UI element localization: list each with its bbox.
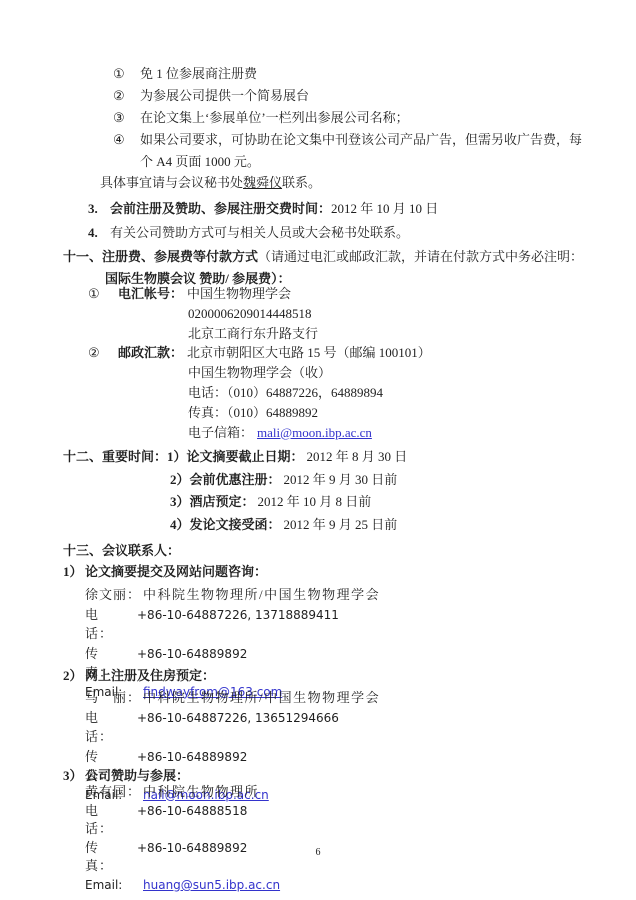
date-value: 2012 年 8 月 30 日: [307, 449, 408, 464]
contact-name-row: 马 丽： 中科院生物物理所/中国生物物理学会: [85, 688, 380, 708]
benefit-text: 如果公司要求，可协助在论文集中刊登该公司产品广告，但需另收广告费，每个 A4 页…: [140, 129, 584, 173]
circled-number-icon: ②: [88, 343, 118, 363]
contact-phone-row: 电 话： +86-10-64888518: [85, 802, 280, 839]
item-number: 3.: [88, 198, 110, 220]
date-label: 2）会前优惠注册：: [170, 472, 281, 487]
postal-phone: 电话：（010）64887226，64889894: [188, 383, 608, 403]
contact-person-name: 魏舜仪: [243, 175, 282, 190]
group-number: 1）: [63, 562, 85, 582]
phone-label: 电 话：: [85, 708, 137, 747]
phone-label: 电 话：: [85, 605, 137, 644]
person-name: 徐文丽：: [85, 585, 143, 605]
date-label: 4）发论文接受函：: [170, 517, 281, 532]
benefit-text: 为参展公司提供一个简易展台: [140, 85, 584, 107]
benefit-item: ② 为参展公司提供一个简易展台: [113, 85, 584, 107]
postal-fax: 传真：（010）64889892: [188, 403, 608, 423]
important-date-row: 十二、重要时间：1）论文摘要截止日期：2012 年 8 月 30 日: [63, 446, 407, 469]
email-label: Email:: [85, 876, 143, 895]
postal-recipient: 中国生物物理学会（收）: [188, 363, 608, 383]
contact-group-title-1: 1） 论文摘要提交及网站问题咨询：: [63, 562, 267, 582]
group-title-text: 论文摘要提交及网站问题咨询：: [85, 562, 267, 582]
section-13-contacts-heading: 十三、会议联系人：: [63, 540, 180, 562]
affiliation: 中科院生物物理所/中国生物物理学会: [143, 688, 380, 708]
phone-number: +86-10-64887226, 13651294666: [137, 709, 339, 729]
benefit-text: 免 1 位参展商注册费: [140, 63, 584, 85]
group-number: 3）: [63, 766, 85, 786]
section-heading-line1: 十一、注册费、参展费等付款方式（请通过电汇或邮政汇款，并请在付款方式中务必注明：: [63, 246, 603, 268]
page-number: 6: [0, 847, 636, 859]
contact-name-row: 徐文丽： 中科院生物物理所/中国生物物理学会: [85, 585, 380, 605]
sponsor-benefits-list: ① 免 1 位参展商注册费 ② 为参展公司提供一个简易展台 ③ 在论文集上‘参展…: [113, 63, 584, 173]
section-12-important-dates: 十二、重要时间：1）论文摘要截止日期：2012 年 8 月 30 日 2）会前优…: [63, 446, 407, 536]
circled-number-icon: ④: [113, 129, 140, 173]
circled-number-icon: ①: [88, 284, 118, 304]
wire-transfer-line: ① 电汇帐号： 中国生物物理学会: [88, 284, 608, 304]
benefit-item: ④ 如果公司要求，可协助在论文集中刊登该公司产品广告，但需另收广告费，每个 A4…: [113, 129, 584, 173]
phone-number: +86-10-64887226, 13718889411: [137, 606, 339, 626]
affiliation: 中科院生物物理所: [143, 783, 259, 802]
payment-details: ① 电汇帐号： 中国生物物理学会 0200006209014448518 北京工…: [88, 284, 608, 442]
group-number: 2）: [63, 666, 85, 686]
benefit-item: ③ 在论文集上‘参展单位’一栏列出参展公司名称；: [113, 107, 584, 129]
important-date-row: 3）酒店预定：2012 年 10 月 8 日前: [170, 491, 407, 514]
payment-label: 邮政汇款：: [118, 343, 183, 363]
date-label: 3）酒店预定：: [170, 494, 255, 509]
note-text: 联系。: [282, 175, 321, 190]
person-name: 马 丽：: [85, 688, 143, 708]
group-title-text: 网上注册及住房预定：: [85, 666, 215, 686]
bank-account-number: 0200006209014448518: [188, 304, 608, 324]
payment-label: 电汇帐号：: [118, 284, 183, 304]
date-value: 2012 年 10 月 8 日前: [258, 494, 372, 509]
payment-value: 中国生物物理学会: [187, 284, 291, 304]
affiliation: 中科院生物物理所/中国生物物理学会: [143, 585, 380, 605]
numbered-item-3: 3. 会前注册及赞助、参展注册交费时间：2012 年 10 月 10 日: [88, 198, 438, 220]
item-text: 会前注册及赞助、参展注册交费时间：2012 年 10 月 10 日: [110, 198, 438, 220]
benefit-item: ① 免 1 位参展商注册费: [113, 63, 584, 85]
payment-value: 北京市朝阳区大屯路 15 号（邮编 100101）: [187, 343, 431, 363]
contact-phone-row: 电 话： +86-10-64887226, 13651294666: [85, 708, 380, 747]
contact-block-3: 黄有国： 中科院生物物理所 电 话： +86-10-64888518 传 真： …: [85, 783, 280, 895]
important-date-row: 2）会前优惠注册：2012 年 9 月 30 日前: [170, 469, 407, 492]
email-link[interactable]: huang@sun5.ibp.ac.cn: [143, 876, 280, 895]
date-label: 1）论文摘要截止日期：: [167, 449, 304, 464]
email-link[interactable]: mali@moon.ibp.ac.cn: [257, 425, 372, 440]
secretariat-contact-note: 具体事宜请与会议秘书处魏舜仪联系。: [100, 172, 321, 194]
fax-number: +86-10-64889892: [137, 748, 247, 768]
email-label: 电子信箱：: [188, 425, 253, 440]
contact-name-row: 黄有国： 中科院生物物理所: [85, 783, 280, 802]
important-date-row: 4）发论文接受函：2012 年 9 月 25 日前: [170, 514, 407, 537]
note-text: 具体事宜请与会议秘书处: [100, 175, 243, 190]
section-heading: 十二、重要时间：: [63, 449, 167, 464]
circled-number-icon: ②: [113, 85, 140, 107]
phone-label: 电 话：: [85, 802, 137, 839]
fax-number: +86-10-64889892: [137, 645, 247, 665]
benefit-text: 在论文集上‘参展单位’一栏列出参展公司名称；: [140, 107, 584, 129]
item-number: 4.: [88, 222, 110, 244]
phone-number: +86-10-64888518: [137, 802, 247, 821]
circled-number-icon: ①: [113, 63, 140, 85]
numbered-item-4: 4. 有关公司赞助方式可与相关人员或大会秘书处联系。: [88, 222, 409, 244]
person-name: 黄有国：: [85, 783, 143, 802]
date-value: 2012 年 9 月 25 日前: [284, 517, 398, 532]
contact-email-row: Email: huang@sun5.ibp.ac.cn: [85, 876, 280, 895]
item-text: 有关公司赞助方式可与相关人员或大会秘书处联系。: [110, 222, 409, 244]
circled-number-icon: ③: [113, 107, 140, 129]
date-value: 2012 年 9 月 30 日前: [284, 472, 398, 487]
contact-group-title-2: 2） 网上注册及住房预定：: [63, 666, 215, 686]
document-page: ① 免 1 位参展商注册费 ② 为参展公司提供一个简易展台 ③ 在论文集上‘参展…: [0, 0, 636, 900]
postal-remittance-line: ② 邮政汇款： 北京市朝阳区大屯路 15 号（邮编 100101）: [88, 343, 608, 363]
contact-phone-row: 电 话： +86-10-64887226, 13718889411: [85, 605, 380, 644]
postal-email-row: 电子信箱：mali@moon.ibp.ac.cn: [188, 423, 608, 443]
bank-branch: 北京工商行东升路支行: [188, 324, 608, 344]
